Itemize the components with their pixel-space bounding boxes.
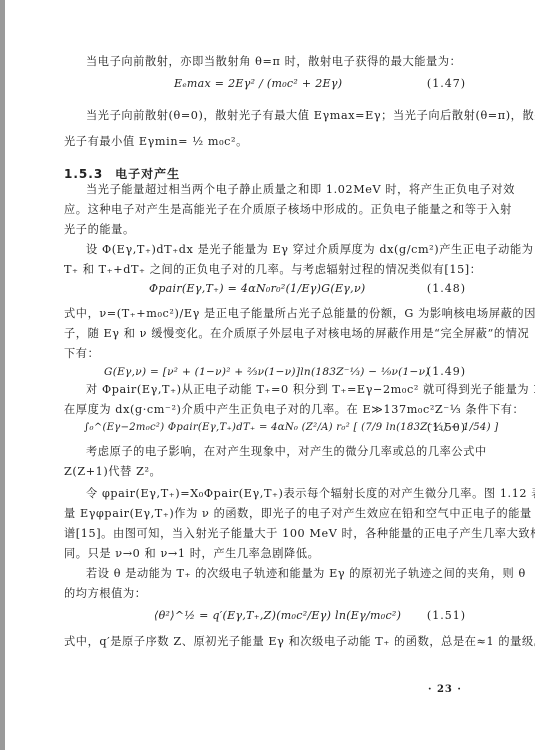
text-line: T₊ 和 T₊+dT₊ 之间的正负电子对的几率。与考虑辐射过程的情况类似有[15…: [64, 260, 466, 280]
section-number: 1.5.3: [64, 167, 103, 181]
text-line: 当电子向前散射，亦即当散射角 θ=π 时，散射电子获得的最大能量为：: [86, 52, 466, 72]
equation-number: (1.48): [427, 281, 466, 297]
equation-1-49: G(Eγ,ν) = [ν² + (1−ν)² + ⅔ν(1−ν)]ln(183Z…: [104, 364, 430, 380]
equation-1-48: Φpair(Eγ,T₊) = 4αN₀r₀²(1/Eγ)G(Eγ,ν): [149, 281, 366, 297]
text-line: 令 φpair(Eγ,T₊)=X₀Φpair(Eγ,T₊)表示每个辐射长度的对产…: [86, 484, 466, 504]
text-line: 考虑原子的电子影响，在对产生现象中，对产生的微分几率或总的几率公式中: [86, 442, 466, 462]
equation-number: (1.51): [427, 608, 466, 624]
page-left-edge: [0, 0, 5, 750]
page-number: · 23 ·: [428, 684, 462, 695]
text-line: 应。这种电子对产生是高能光子在介质原子核场中形成的。正负电子能量之和等于入射: [64, 200, 466, 220]
text-line: 同。只是 ν→0 和 ν→1 时，产生几率急剧降低。: [64, 544, 466, 564]
text-line: 对 Φpair(Eγ,T₊)从正电子动能 T₊=0 积分到 T₊=Eγ−2m₀c…: [86, 380, 466, 400]
text-line: 设 Φ(Eγ,T₊)dT₊dx 是光子能量为 Eγ 穿过介质厚度为 dx(g/c…: [86, 240, 466, 260]
equation-number: (1.49): [427, 364, 466, 380]
text-line: 光子的能量。: [64, 220, 466, 240]
equation-1-47: Eₑmax = 2Eγ² / (m₀c² + 2Eγ): [174, 76, 342, 92]
text-line: 量 Eγφpair(Eγ,T₊)作为 ν 的函数，即光子的电子对产生效应在铅和空…: [64, 504, 466, 524]
text-line: 若设 θ 是动能为 T₊ 的次级电子轨迹和能量为 Eγ 的原初光子轨迹之间的夹角…: [86, 564, 466, 584]
text-line: Z(Z+1)代替 Z²。: [64, 462, 466, 482]
text-line: 式中，q′是原子序数 Z、原初光子能量 Eγ 和次级电子动能 T₊ 的函数，总是…: [64, 632, 466, 652]
text-line: 在厚度为 dx(g·cm⁻²)介质中产生正负电子对的几率。在 E≫137m₀c²…: [64, 400, 466, 420]
text-line: 光子有最小值 Eγmin= ½ m₀c²。: [64, 132, 466, 152]
text-line: 下有：: [64, 344, 466, 364]
text-line: 子，随 Eγ 和 ν 缓慢变化。在介质原子外层电子对核电场的屏蔽作用是“完全屏蔽…: [64, 324, 466, 344]
text-line: 的均方根值为：: [64, 584, 466, 604]
text-line: 当光子向前散射(θ=0)，散射光子有最大值 Eγmax=Eγ；当光子向后散射(θ…: [86, 106, 466, 126]
text-line: 谱[15]。由图可知，当入射光子能量大于 100 MeV 时，各种能量的正电子产…: [64, 524, 466, 544]
section-title: 电子对产生: [115, 167, 180, 181]
text-line: 式中，ν=(T₊+m₀c²)/Eγ 是正电子能量所占光子总能量的份额，G 为影响…: [64, 304, 466, 324]
text-line: 当光子能量超过相当两个电子静止质量之和即 1.02MeV 时，将产生正负电子对效: [86, 180, 466, 200]
equation-number: (1.50): [427, 420, 466, 436]
equation-number: (1.47): [427, 76, 466, 92]
equation-1-51: ⟨θ²⟩^½ = q′(Eγ,T₊,Z)(m₀c²/Eγ) ln(Eγ/m₀c²…: [154, 608, 401, 624]
